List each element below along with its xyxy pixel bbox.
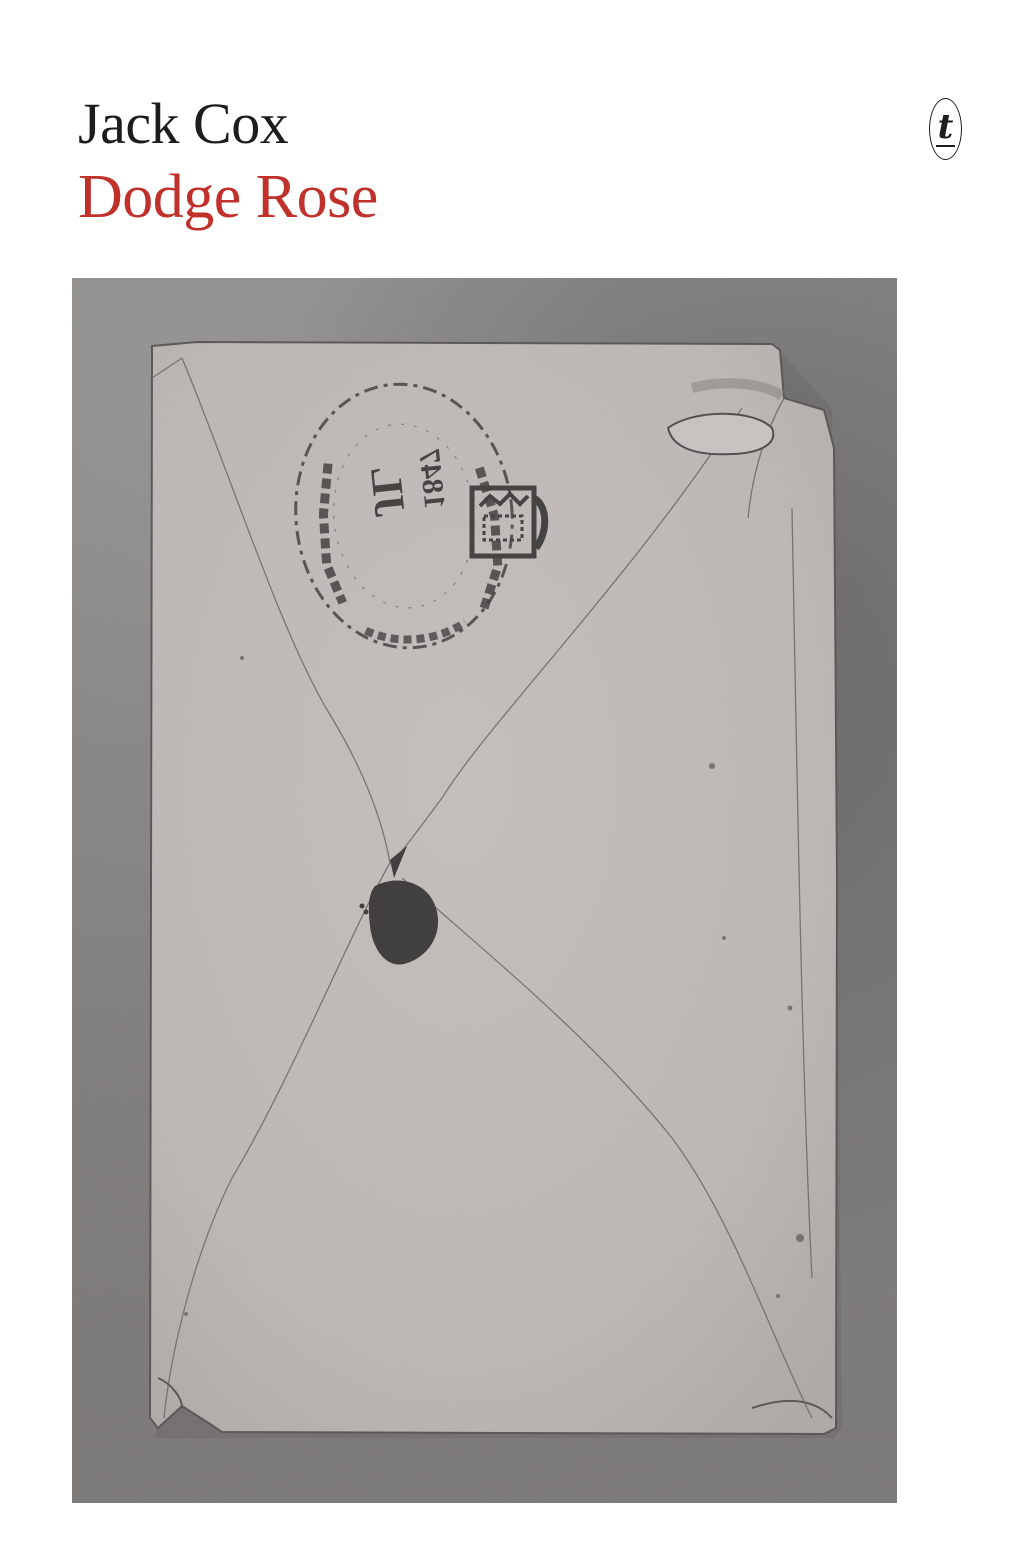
text-publishing-t-logo-icon: t: [936, 110, 956, 147]
envelope-illustration: JL 1847: [72, 278, 897, 1503]
book-title: Dodge Rose: [78, 162, 378, 232]
author-name: Jack Cox: [78, 92, 288, 156]
cover-photograph: JL 1847: [72, 278, 897, 1503]
publisher-logo: t: [929, 98, 962, 160]
